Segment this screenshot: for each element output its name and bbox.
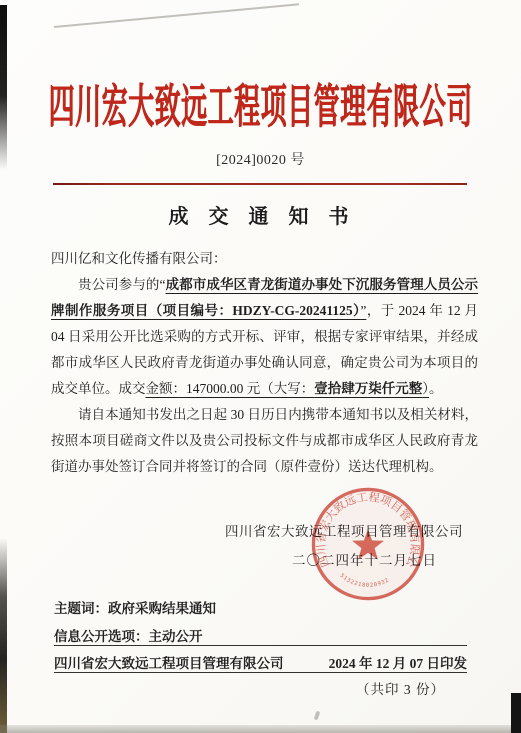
amount-label-underlined: 金额：147000.00 元（大写： xyxy=(146,381,315,396)
letterhead-red-rule xyxy=(53,183,467,185)
paragraph-award: 贵公司参与的“成都市成华区青龙街道办事处下沉服务管理人员公示牌制作服务项目（项目… xyxy=(51,272,478,402)
p1-lead: 贵公司参与的“ xyxy=(78,277,166,292)
disclosure-row: 信息公开选项：主动公开 xyxy=(54,624,467,646)
p1-period: 。 xyxy=(429,381,443,396)
letterhead-company-name-text: 四川宏大致远工程项目管理有限公司 xyxy=(48,65,472,151)
copies-note: （共印 3 份） xyxy=(356,678,445,698)
disclosure-text: 信息公开选项：主动公开 xyxy=(54,625,203,645)
document-title: 成 交 通 知 书 xyxy=(0,200,521,229)
scan-diagonal-line xyxy=(54,3,299,27)
issue-date: 2024 年 12 月 07 日印发 xyxy=(329,652,467,672)
issuer-row: 四川省宏大致远工程项目管理有限公司 2024 年 12 月 07 日印发 xyxy=(54,651,467,673)
subject-keywords-line: 主题词：政府采购结果通知 xyxy=(54,597,216,617)
amount-capital-underlined: 壹拾肆万柒仟元整 xyxy=(314,381,422,396)
document-body: 四川亿和文化传播有限公司： 贵公司参与的“成都市成华区青龙街道办事处下沉服务管理… xyxy=(51,246,478,480)
issuer-name: 四川省宏大致远工程项目管理有限公司 xyxy=(54,652,284,672)
scanned-document-page: 四川宏大致远工程项目管理有限公司 [2024]0020 号 成 交 通 知 书 … xyxy=(0,0,521,733)
scan-edge-bottom-right-mark xyxy=(511,693,521,733)
scan-edge-left-bottom xyxy=(0,538,7,733)
paragraph-instructions: 请自本通知书发出之日起 30 日历日内携带本通知书以及相关材料，按照本项目磋商文… xyxy=(51,402,478,480)
amount-close-paren-underlined: ） xyxy=(422,381,429,396)
official-red-seal: 四川省宏大致远工程项目管理有限公司 5132218020932 xyxy=(309,485,427,603)
letterhead-company-name: 四川宏大致远工程项目管理有限公司 xyxy=(0,84,521,132)
salutation-line: 四川亿和文化传播有限公司： xyxy=(51,246,478,272)
document-number: [2024]0020 号 xyxy=(0,149,521,169)
scan-speck xyxy=(314,711,321,721)
scan-edge-bottom-band xyxy=(0,725,521,733)
